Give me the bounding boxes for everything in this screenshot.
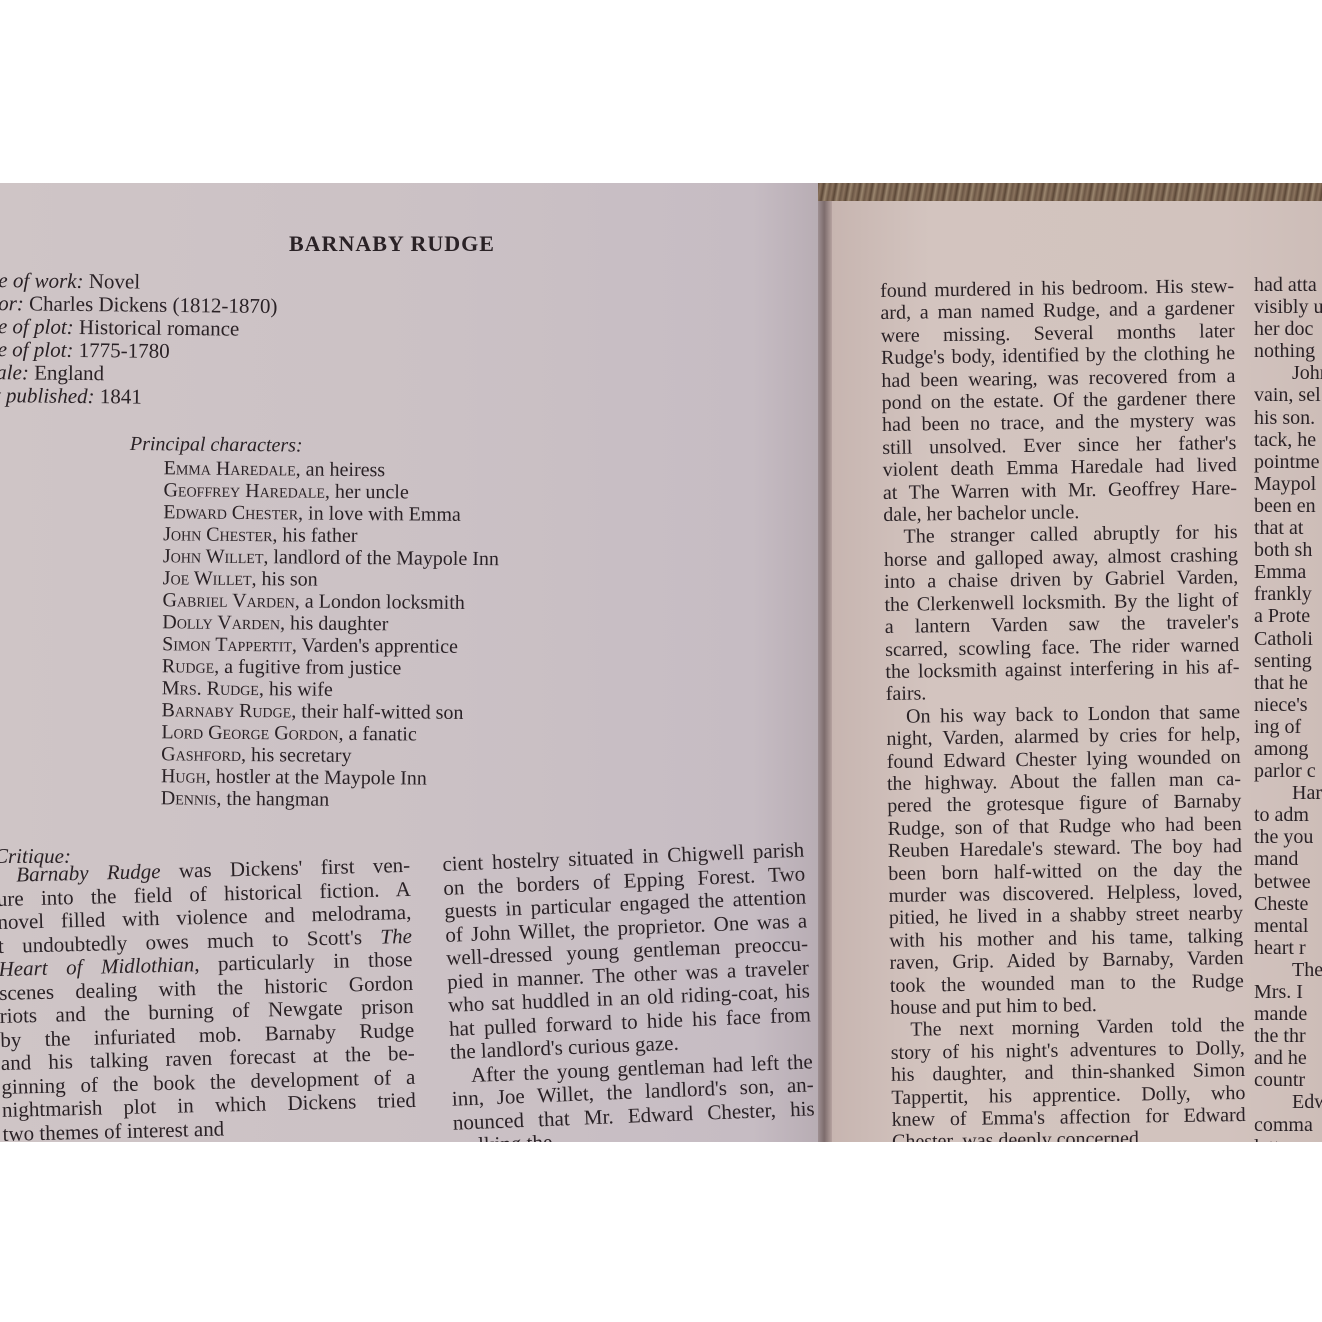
text-line: mand: [1254, 848, 1322, 870]
text-line: been en: [1254, 495, 1322, 517]
summary-column: cient hostelry situated in Chigwell pari…: [442, 838, 816, 1142]
character-description: , his wife: [259, 678, 333, 701]
character-name: Joe Willet: [163, 567, 252, 590]
character-name: Gashford: [161, 743, 241, 766]
character-description: , an heiress: [296, 458, 386, 481]
meta-value: Novel: [83, 269, 140, 294]
principal-characters: Principal characters: Emma Haredale, an …: [127, 433, 500, 812]
text-line: a Prote: [1254, 605, 1322, 627]
character-entry: Edward Chester, in love with Emma: [129, 501, 499, 526]
meta-label: st published:: [0, 383, 95, 408]
character-description: , a fanatic: [338, 723, 416, 746]
character-entry: Mrs. Rudge, his wife: [128, 677, 498, 702]
text-line: mande: [1254, 1003, 1322, 1025]
right-page: found murdered in his bedroom. His stew-…: [832, 201, 1322, 1142]
character-entry: Gabriel Varden, a London locksmith: [128, 589, 498, 614]
character-name: Gabriel Varden: [162, 589, 294, 612]
right-column-1: found murdered in his bedroom. His stew-…: [880, 275, 1246, 1142]
meta-value: England: [29, 360, 104, 385]
text-line: that he: [1254, 672, 1322, 694]
work-metadata: pe of work: Novel hor: Charles Dickens (…: [0, 269, 278, 410]
text-line: tack, he: [1254, 429, 1322, 451]
text-line: Cheste: [1254, 893, 1322, 915]
character-name: Geoffrey Haredale: [163, 479, 325, 502]
meta-label: hor:: [0, 291, 24, 315]
character-entry: John Willet, landlord of the Maypole Inn: [129, 545, 499, 570]
character-name: John Chester: [163, 523, 273, 546]
character-name: Edward Chester: [163, 501, 298, 524]
meta-value: 1841: [94, 384, 141, 408]
character-list: Emma Haredale, an heiressGeoffrey Hareda…: [127, 457, 500, 812]
text-line: frankly: [1254, 583, 1322, 605]
character-description: , landlord of the Maypole Inn: [263, 546, 499, 570]
meta-value: 1775-1780: [73, 338, 169, 363]
book-photo: BARNABY RUDGE pe of work: Novel hor: Cha…: [0, 183, 1322, 1142]
text-line: comma: [1254, 1114, 1322, 1136]
critique-column: Barnaby Rudge was Dickens' first ven-ure…: [0, 854, 417, 1142]
character-description: , a London locksmith: [295, 590, 465, 613]
meta-label: pe of work:: [0, 268, 84, 293]
text-line: Catholi: [1254, 628, 1322, 650]
character-name: Emma Haredale: [164, 457, 296, 480]
text-line: had atta: [1254, 274, 1322, 296]
character-description: , his father: [272, 524, 357, 547]
character-name: Hugh: [161, 765, 206, 787]
character-entry: Hugh, hostler at the Maypole Inn: [127, 765, 497, 790]
text-line: Maypol: [1254, 473, 1322, 495]
character-entry: Emma Haredale, an heiress: [130, 457, 500, 482]
text-line: pointme: [1254, 451, 1322, 473]
character-name: Dolly Varden: [162, 611, 280, 634]
character-description: , in love with Emma: [298, 502, 461, 525]
text-line: The: [1254, 959, 1322, 981]
text-line: Edw: [1254, 1091, 1322, 1113]
text-line: parlor c: [1254, 760, 1322, 782]
text-line: among: [1254, 738, 1322, 760]
text-line: visibly u: [1254, 296, 1322, 318]
character-description: , her uncle: [325, 481, 409, 504]
text-line: both sh: [1254, 539, 1322, 561]
meta-label: ne of plot:: [0, 337, 74, 362]
text-line: vain, sel: [1254, 384, 1322, 406]
text-line: nothing: [1254, 340, 1322, 362]
text-line: her doc: [1254, 318, 1322, 340]
character-name: Lord George Gordon: [161, 721, 338, 745]
text-line: letter: [1254, 1136, 1322, 1142]
text-line: ing of: [1254, 716, 1322, 738]
character-entry: Lord George Gordon, a fanatic: [127, 721, 497, 746]
text-line: countr: [1254, 1069, 1322, 1091]
character-entry: Dolly Varden, his daughter: [128, 611, 498, 636]
characters-heading: Principal characters:: [130, 433, 500, 458]
text-line: mental: [1254, 915, 1322, 937]
character-entry: Geoffrey Haredale, her uncle: [129, 479, 499, 504]
text-line: John: [1254, 362, 1322, 384]
meta-row: st published: 1841: [0, 384, 277, 410]
character-description: , Varden's apprentice: [292, 634, 458, 657]
text-line: that at: [1254, 517, 1322, 539]
character-description: , their half-witted son: [291, 700, 463, 724]
page-title: BARNABY RUDGE: [289, 231, 495, 257]
text-line: Hare: [1254, 782, 1322, 804]
text-line: Emma: [1254, 561, 1322, 583]
character-entry: Simon Tappertit, Varden's apprentice: [128, 633, 498, 658]
text-line: niece's: [1254, 694, 1322, 716]
character-name: Barnaby Rudge: [161, 699, 291, 722]
character-name: Mrs. Rudge: [162, 677, 259, 700]
text-line: the you: [1254, 826, 1322, 848]
text-line: his son.: [1254, 407, 1322, 429]
character-name: Rudge: [162, 655, 214, 677]
meta-value: Historical romance: [74, 315, 240, 341]
character-description: , his daughter: [280, 612, 389, 635]
character-entry: Barnaby Rudge, their half-witted son: [127, 699, 497, 724]
character-description: , his secretary: [241, 744, 352, 767]
character-name: Dennis: [161, 787, 217, 809]
table-surface: [818, 183, 1322, 201]
character-entry: Joe Willet, his son: [129, 567, 499, 592]
text-line: senting: [1254, 650, 1322, 672]
character-entry: Rudge, a fugitive from justice: [128, 655, 498, 680]
character-name: Simon Tappertit: [162, 633, 292, 656]
character-entry: John Chester, his father: [129, 523, 499, 548]
character-description: , hostler at the Maypole Inn: [206, 766, 427, 790]
text-line: betwee: [1254, 871, 1322, 893]
text-line: to adm: [1254, 804, 1322, 826]
text-line: and he: [1254, 1047, 1322, 1069]
left-page: BARNABY RUDGE pe of work: Novel hor: Cha…: [0, 183, 818, 1142]
character-description: , his son: [251, 568, 317, 591]
meta-label: pe of plot:: [0, 314, 74, 339]
character-description: , a fugitive from justice: [214, 656, 401, 680]
text-line: the thr: [1254, 1025, 1322, 1047]
character-description: , the hangman: [216, 788, 329, 811]
character-entry: Gashford, his secretary: [127, 743, 497, 768]
book-gutter: [818, 183, 832, 1142]
right-column-2: had attavisibly uher docnothingJohnvain,…: [1254, 274, 1322, 1142]
meta-label: cale:: [0, 360, 29, 384]
character-name: John Willet: [163, 545, 264, 568]
text-line: Mrs. I: [1254, 981, 1322, 1003]
text-line: heart r: [1254, 937, 1322, 959]
character-entry: Dennis, the hangman: [127, 787, 497, 812]
